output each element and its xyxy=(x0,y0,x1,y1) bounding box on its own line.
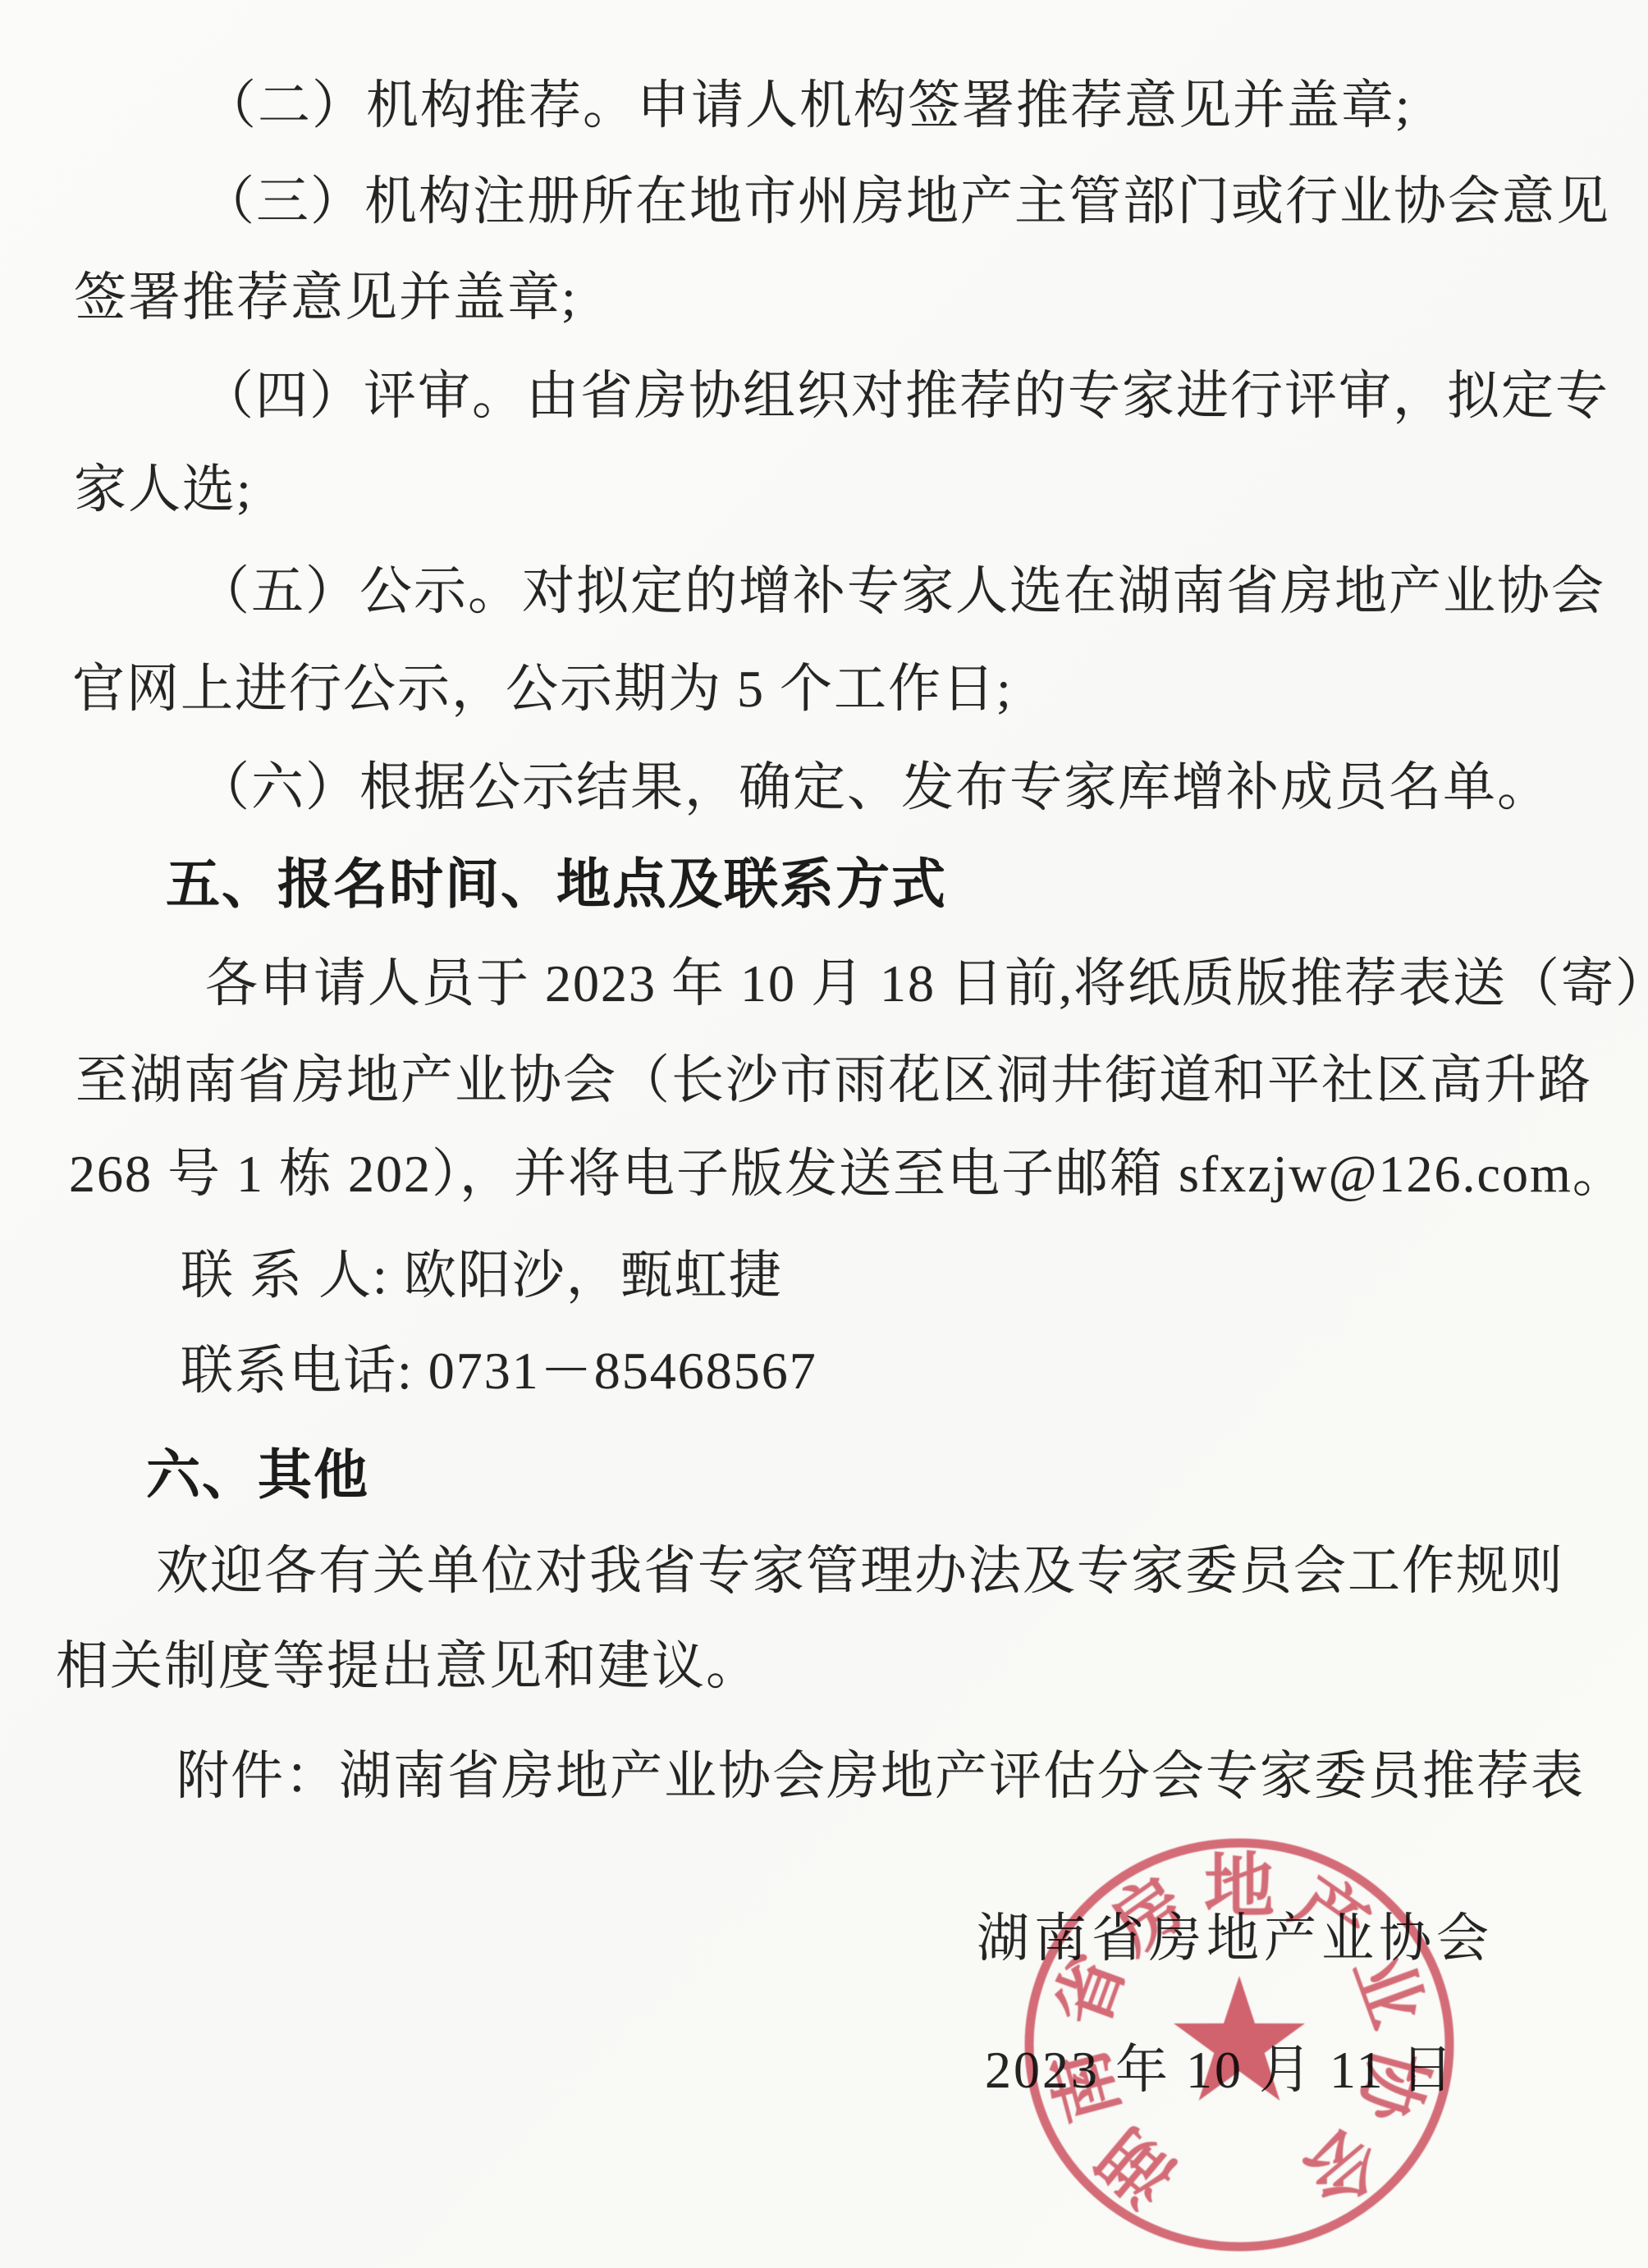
body-line-deadline: 各申请人员于 2023 年 10 月 18 日前,将纸质版推荐表送（寄） xyxy=(205,953,1648,1014)
svg-text:协: 协 xyxy=(1344,2042,1440,2133)
section-heading-6: 六、其他 xyxy=(146,1444,369,1507)
body-line-contact-person: 联 系 人: 欧阳沙，甄虹捷 xyxy=(181,1246,783,1306)
attachment-line: 附件：湖南省房地产业协会房地产评估分会专家委员推荐表 xyxy=(176,1746,1585,1807)
svg-text:产: 产 xyxy=(1279,1863,1382,1968)
body-line-welcome-cont: 相关制度等提出意见和建议。 xyxy=(56,1636,760,1697)
svg-text:地: 地 xyxy=(1204,1847,1275,1926)
body-line-address-email: 268 号 1 栋 202），并将电子版发送至电子邮箱 sfxzjw@126.c… xyxy=(69,1144,1627,1205)
svg-text:湖: 湖 xyxy=(1085,2113,1190,2219)
svg-text:会: 会 xyxy=(1289,2113,1394,2219)
section-heading-5: 五、报名时间、地点及联系方式 xyxy=(166,853,947,916)
svg-text:省: 省 xyxy=(1041,1944,1140,2037)
svg-text:南: 南 xyxy=(1039,2042,1133,2130)
body-line-contact-phone: 联系电话: 0731－85468567 xyxy=(181,1341,817,1401)
body-line-welcome: 欢迎各有关单位对我省专家管理办法及专家委员会工作规则 xyxy=(156,1541,1564,1602)
body-line-item-4: （四）评审。由省房协组织对推荐的专家进行评审，拟定专 xyxy=(201,366,1609,427)
star-icon xyxy=(1174,1976,1305,2101)
official-seal: 湖南省房地产业协会 xyxy=(1018,1831,1461,2258)
body-line-address: 至湖南省房地产业协会（长沙市雨花区洞井街道和平社区高升路 xyxy=(76,1050,1592,1111)
svg-text:房: 房 xyxy=(1096,1863,1200,1968)
body-line-item-5: （五）公示。对拟定的增补专家人选在湖南省房地产业协会 xyxy=(197,561,1605,622)
body-line-item-2: （二）机构推荐。申请人机构签署推荐意见并盖章; xyxy=(204,75,1412,136)
body-line-item-5-cont: 官网上进行公示，公示期为 5 个工作日; xyxy=(72,659,1013,720)
body-line-item-3-cont: 签署推荐意见并盖章; xyxy=(74,267,578,328)
body-line-item-6: （六）根据公示结果，确定、发布专家库增补成员名单。 xyxy=(197,757,1551,818)
body-line-item-3: （三）机构注册所在地市州房地产主管部门或行业协会意见 xyxy=(202,171,1610,232)
document-page: （二）机构推荐。申请人机构签署推荐意见并盖章; （三）机构注册所在地市州房地产主… xyxy=(0,0,1648,2268)
svg-text:业: 业 xyxy=(1339,1944,1438,2037)
body-line-item-4-cont: 家人选; xyxy=(74,460,253,520)
